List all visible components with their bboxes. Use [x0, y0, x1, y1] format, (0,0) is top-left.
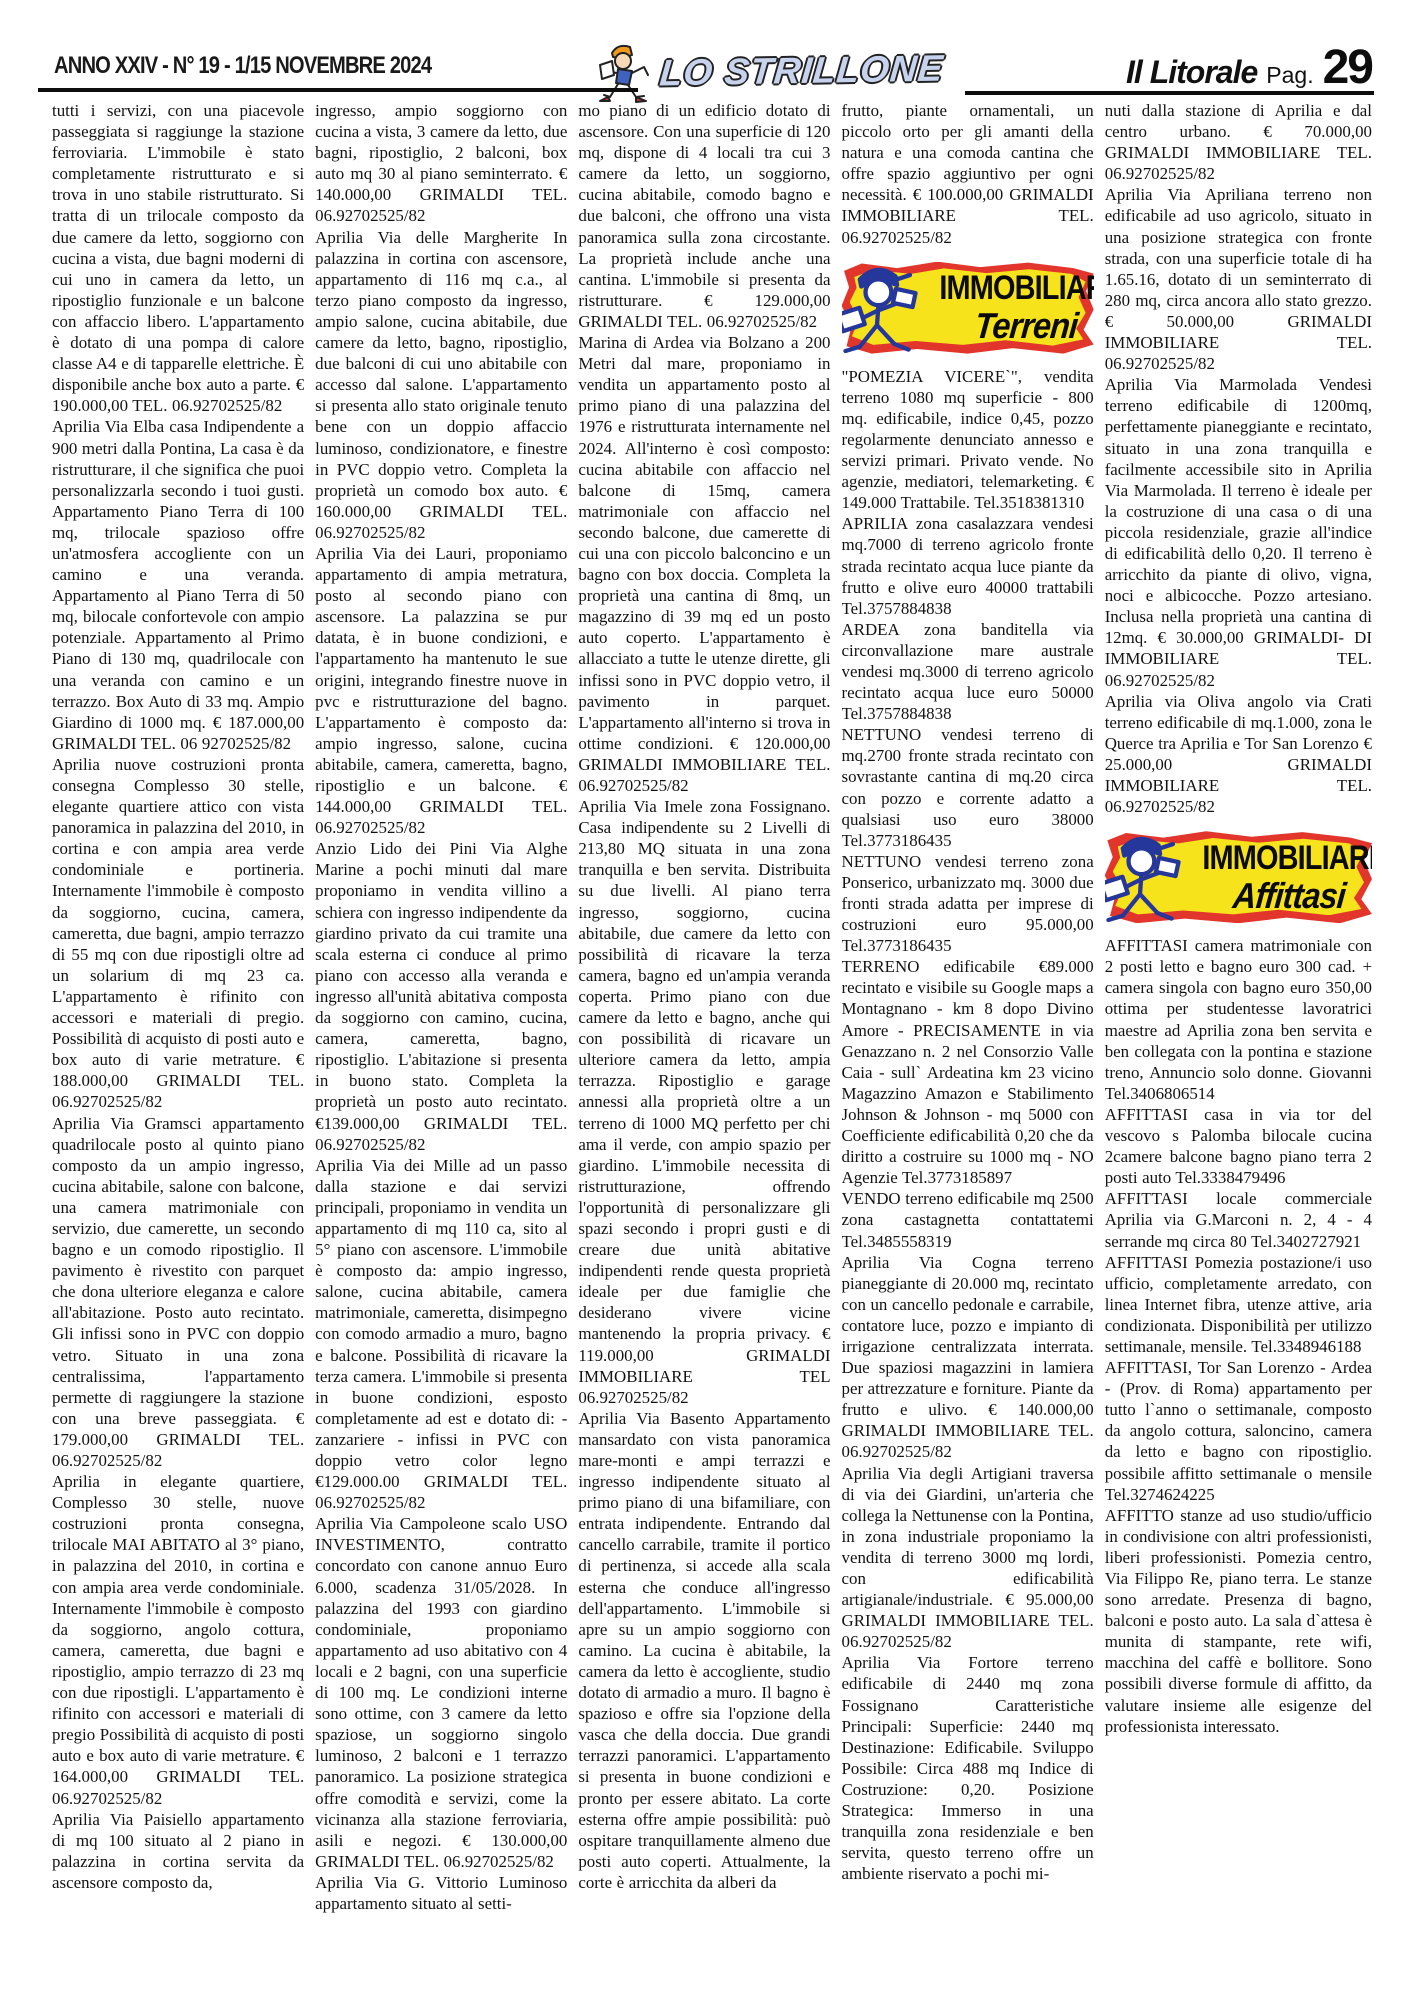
classified-ad: AFFITTASI camera matrimoniale con 2 post…	[1105, 935, 1372, 1104]
classified-ad: Aprilia Via Apriliana terreno non edific…	[1105, 184, 1372, 374]
classified-ad: TERRENO edificabile €89.000 recintato e …	[842, 956, 1094, 1188]
classified-ad: Aprilia Via Gramsci appartamento quadril…	[52, 1113, 304, 1472]
classified-ad: Aprilia Via dei Lauri, proponiamo appart…	[315, 543, 567, 838]
classified-ad: Aprilia Via Fortore terreno edificabile …	[842, 1652, 1094, 1884]
newsboy-icon	[842, 256, 920, 360]
page-number: 29	[1323, 44, 1372, 92]
column-5: nuti dalla stazione di Aprilia e dal cen…	[1105, 100, 1372, 1966]
classified-ad: Aprilia Via Marmolada Vendesi terreno ed…	[1105, 374, 1372, 690]
classified-ad: "POMEZIA VICERE`", vendita terreno 1080 …	[842, 366, 1094, 514]
section-badge-affittasi: IMMOBILIARI Affittasi	[1105, 831, 1372, 923]
column-1: tutti i servizi, con una piacevole passe…	[52, 100, 304, 1966]
classified-ad: tutti i servizi, con una piacevole passe…	[52, 100, 304, 416]
classified-ad: mo piano di un edificio dotato di ascens…	[578, 100, 830, 332]
classified-ad: APRILIA zona casalazzara vendesi mq.7000…	[842, 513, 1094, 618]
column-2: ingresso, ampio soggiorno con cucina a v…	[315, 100, 567, 1966]
classified-ad: Aprilia Via G. Vittorio Luminoso apparta…	[315, 1872, 567, 1914]
classified-ad: Aprilia Via Basento Appartamento mansard…	[578, 1408, 830, 1893]
classified-ad: Aprilia Via degli Artigiani traversa di …	[842, 1463, 1094, 1653]
classified-ad: Aprilia Via delle Margherite In palazzin…	[315, 227, 567, 543]
badge-title: IMMOBILIARI	[1202, 841, 1372, 875]
newspaper-page: ANNO XXIV - N° 19 - 1/15 NOVEMBRE 2024 L…	[0, 0, 1420, 2000]
badge-subtitle: Affittasi	[1195, 878, 1372, 914]
classified-ad: Aprilia Via Paisiello appartamento di mq…	[52, 1809, 304, 1893]
classifieds-columns: tutti i servizi, con una piacevole passe…	[52, 100, 1372, 1966]
classified-ad: AFFITTASI casa in via tor del vescovo s …	[1105, 1104, 1372, 1188]
classified-ad: NETTUNO vendesi terreno zona Ponserico, …	[842, 851, 1094, 956]
classified-ad: Marina di Ardea via Bolzano a 200 Metri …	[578, 332, 830, 796]
classified-ad: Aprilia Via Elba casa Indipendente a 900…	[52, 416, 304, 754]
classified-ad: AFFITTASI, Tor San Lorenzo - Ardea - (Pr…	[1105, 1357, 1372, 1505]
header-rule-left	[38, 88, 638, 92]
classified-ad: ingresso, ampio soggiorno con cucina a v…	[315, 100, 567, 227]
badge-subtitle: Terreni	[932, 308, 1094, 344]
masthead-title: Il Litorale	[1126, 54, 1257, 91]
column-3: mo piano di un edificio dotato di ascens…	[578, 100, 830, 1966]
column-4: frutto, piante ornamentali, un piccolo o…	[842, 100, 1094, 1966]
lo-strillone-logo: LO STRILLONE	[598, 38, 978, 104]
classified-ad: Aprilia Via dei Mille ad un passo dalla …	[315, 1155, 567, 1514]
classified-ad: Aprilia via Oliva angolo via Crati terre…	[1105, 691, 1372, 818]
section-badge-terreni: IMMOBILIARI Terreni	[842, 262, 1094, 354]
classified-ad: Aprilia in elegante quartiere, Complesso…	[52, 1471, 304, 1809]
header-rule-right	[965, 91, 1374, 95]
classified-ad: Aprilia Via Campoleone scalo USO INVESTI…	[315, 1513, 567, 1872]
classified-ad: VENDO terreno edificabile mq 2500 zona c…	[842, 1188, 1094, 1251]
classified-ad: Aprilia Via Imele zona Fossignano. Casa …	[578, 796, 830, 1408]
classified-ad: AFFITTASI Pomezia postazione/i uso uffic…	[1105, 1252, 1372, 1357]
classified-ad: AFFITTASI locale commerciale Aprilia via…	[1105, 1188, 1372, 1251]
classified-ad: AFFITTO stanze ad uso studio/ufficio in …	[1105, 1505, 1372, 1737]
badge-title: IMMOBILIARI	[939, 271, 1094, 305]
newsboy-running-icon	[598, 39, 656, 103]
page-label: Pag.	[1266, 62, 1313, 89]
logo-title: LO STRILLONE	[658, 48, 945, 95]
classified-ad: nuti dalla stazione di Aprilia e dal cen…	[1105, 100, 1372, 184]
classified-ad: NETTUNO vendesi terreno di mq.2700 front…	[842, 724, 1094, 851]
classified-ad: Aprilia Via Cogna terreno pianeggiante d…	[842, 1252, 1094, 1463]
classified-ad: frutto, piante ornamentali, un piccolo o…	[842, 100, 1094, 248]
edition-info: ANNO XXIV - N° 19 - 1/15 NOVEMBRE 2024	[54, 52, 431, 80]
masthead: Il Litorale Pag. 29	[1126, 44, 1372, 92]
newsboy-icon	[1105, 825, 1183, 929]
classified-ad: Aprilia nuove costruzioni pronta consegn…	[52, 754, 304, 1113]
classified-ad: Anzio Lido dei Pini Via Alghe Marine a p…	[315, 838, 567, 1154]
classified-ad: ARDEA zona banditella via circonvallazio…	[842, 619, 1094, 724]
